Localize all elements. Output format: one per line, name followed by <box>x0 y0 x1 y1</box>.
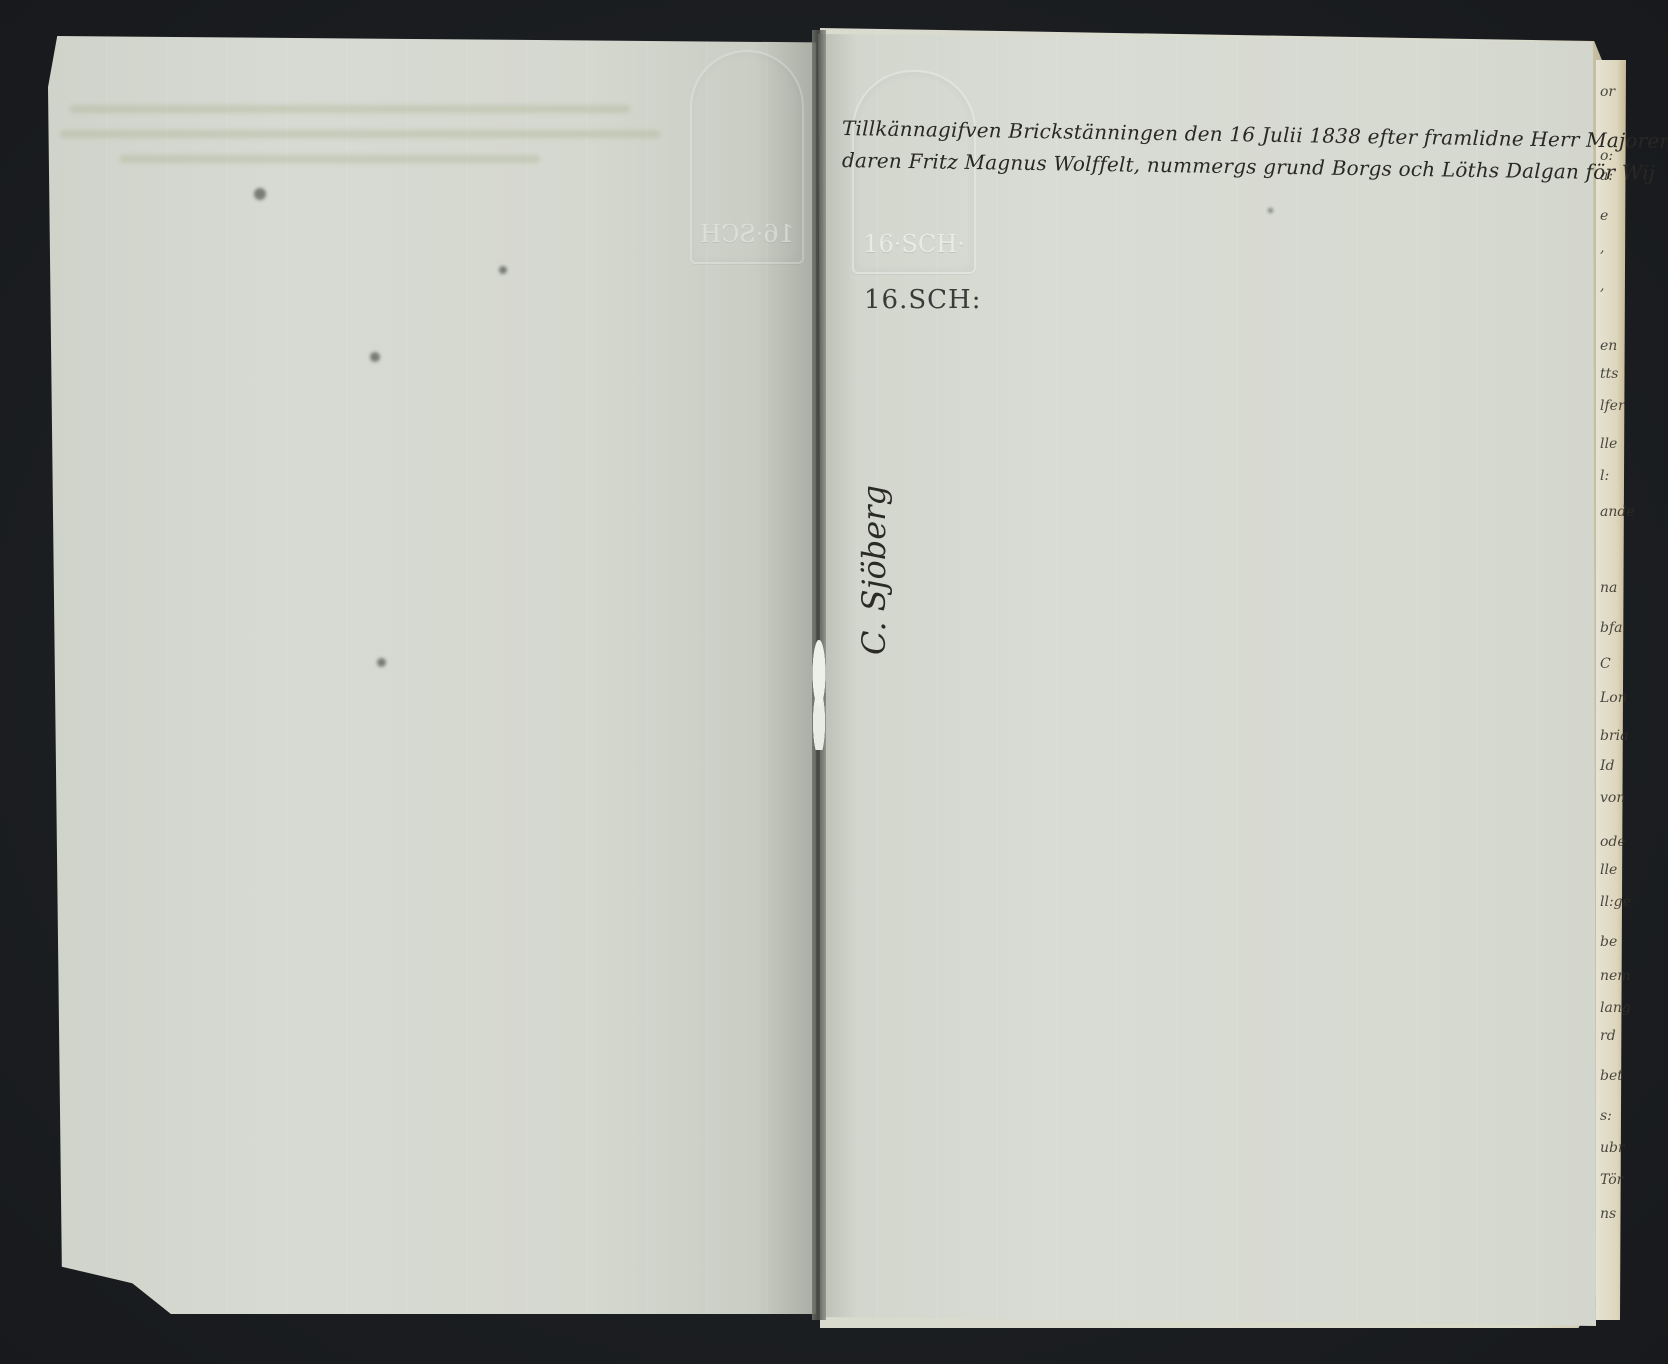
margin-note: o: <box>1600 148 1613 164</box>
margin-note: lfer <box>1600 398 1625 414</box>
margin-note: lle <box>1600 436 1617 452</box>
margin-note: tts <box>1600 366 1618 382</box>
margin-note: en <box>1600 338 1617 354</box>
bleed-through-line <box>60 130 660 138</box>
margin-note: nem <box>1600 968 1631 984</box>
embossed-stamp-left: 16·SCH <box>690 50 804 264</box>
margin-note: ande <box>1600 504 1635 520</box>
printed-stamp: 16.SCH: <box>864 285 982 315</box>
margin-note: C <box>1600 656 1611 672</box>
margin-note: Lon <box>1600 690 1627 706</box>
rotated-signature: C. Sjöberg <box>855 495 895 655</box>
margin-note: ns <box>1600 1206 1616 1222</box>
margin-note: rd <box>1600 1028 1616 1044</box>
margin-note: e <box>1600 208 1608 224</box>
margin-note: Tör <box>1600 1172 1623 1188</box>
ink-spot <box>254 188 266 200</box>
margin-note: , <box>1600 278 1604 294</box>
margin-note: ubr <box>1600 1140 1625 1156</box>
bleed-through-line <box>120 155 540 163</box>
embossed-stamp-text: 16·SCH· <box>854 230 974 258</box>
margin-note: lang <box>1600 1000 1631 1016</box>
spine-crease <box>804 640 834 750</box>
margin-note: von <box>1600 790 1625 806</box>
margin-note: be <box>1600 934 1617 950</box>
margin-note: bria <box>1600 728 1628 744</box>
embossed-stamp-text: 16·SCH <box>692 220 802 248</box>
margin-note: lle <box>1600 862 1617 878</box>
ink-spot <box>377 658 386 667</box>
margin-note: bet <box>1600 1068 1623 1084</box>
margin-note: ode <box>1600 834 1626 850</box>
margin-note: Id <box>1600 758 1615 774</box>
ink-spot <box>1268 208 1273 213</box>
margin-note: , <box>1600 240 1604 256</box>
margin-note: or <box>1600 84 1615 100</box>
margin-note: bfa <box>1600 620 1623 636</box>
margin-note: na <box>1600 580 1617 596</box>
ink-spot <box>370 352 380 362</box>
bleed-through-line <box>70 105 630 113</box>
margin-note: ll:ge <box>1600 894 1631 910</box>
margin-note: l: <box>1600 468 1609 484</box>
margin-note: s: <box>1600 1108 1612 1124</box>
ink-spot <box>499 266 507 274</box>
margin-note: a: <box>1600 168 1613 184</box>
